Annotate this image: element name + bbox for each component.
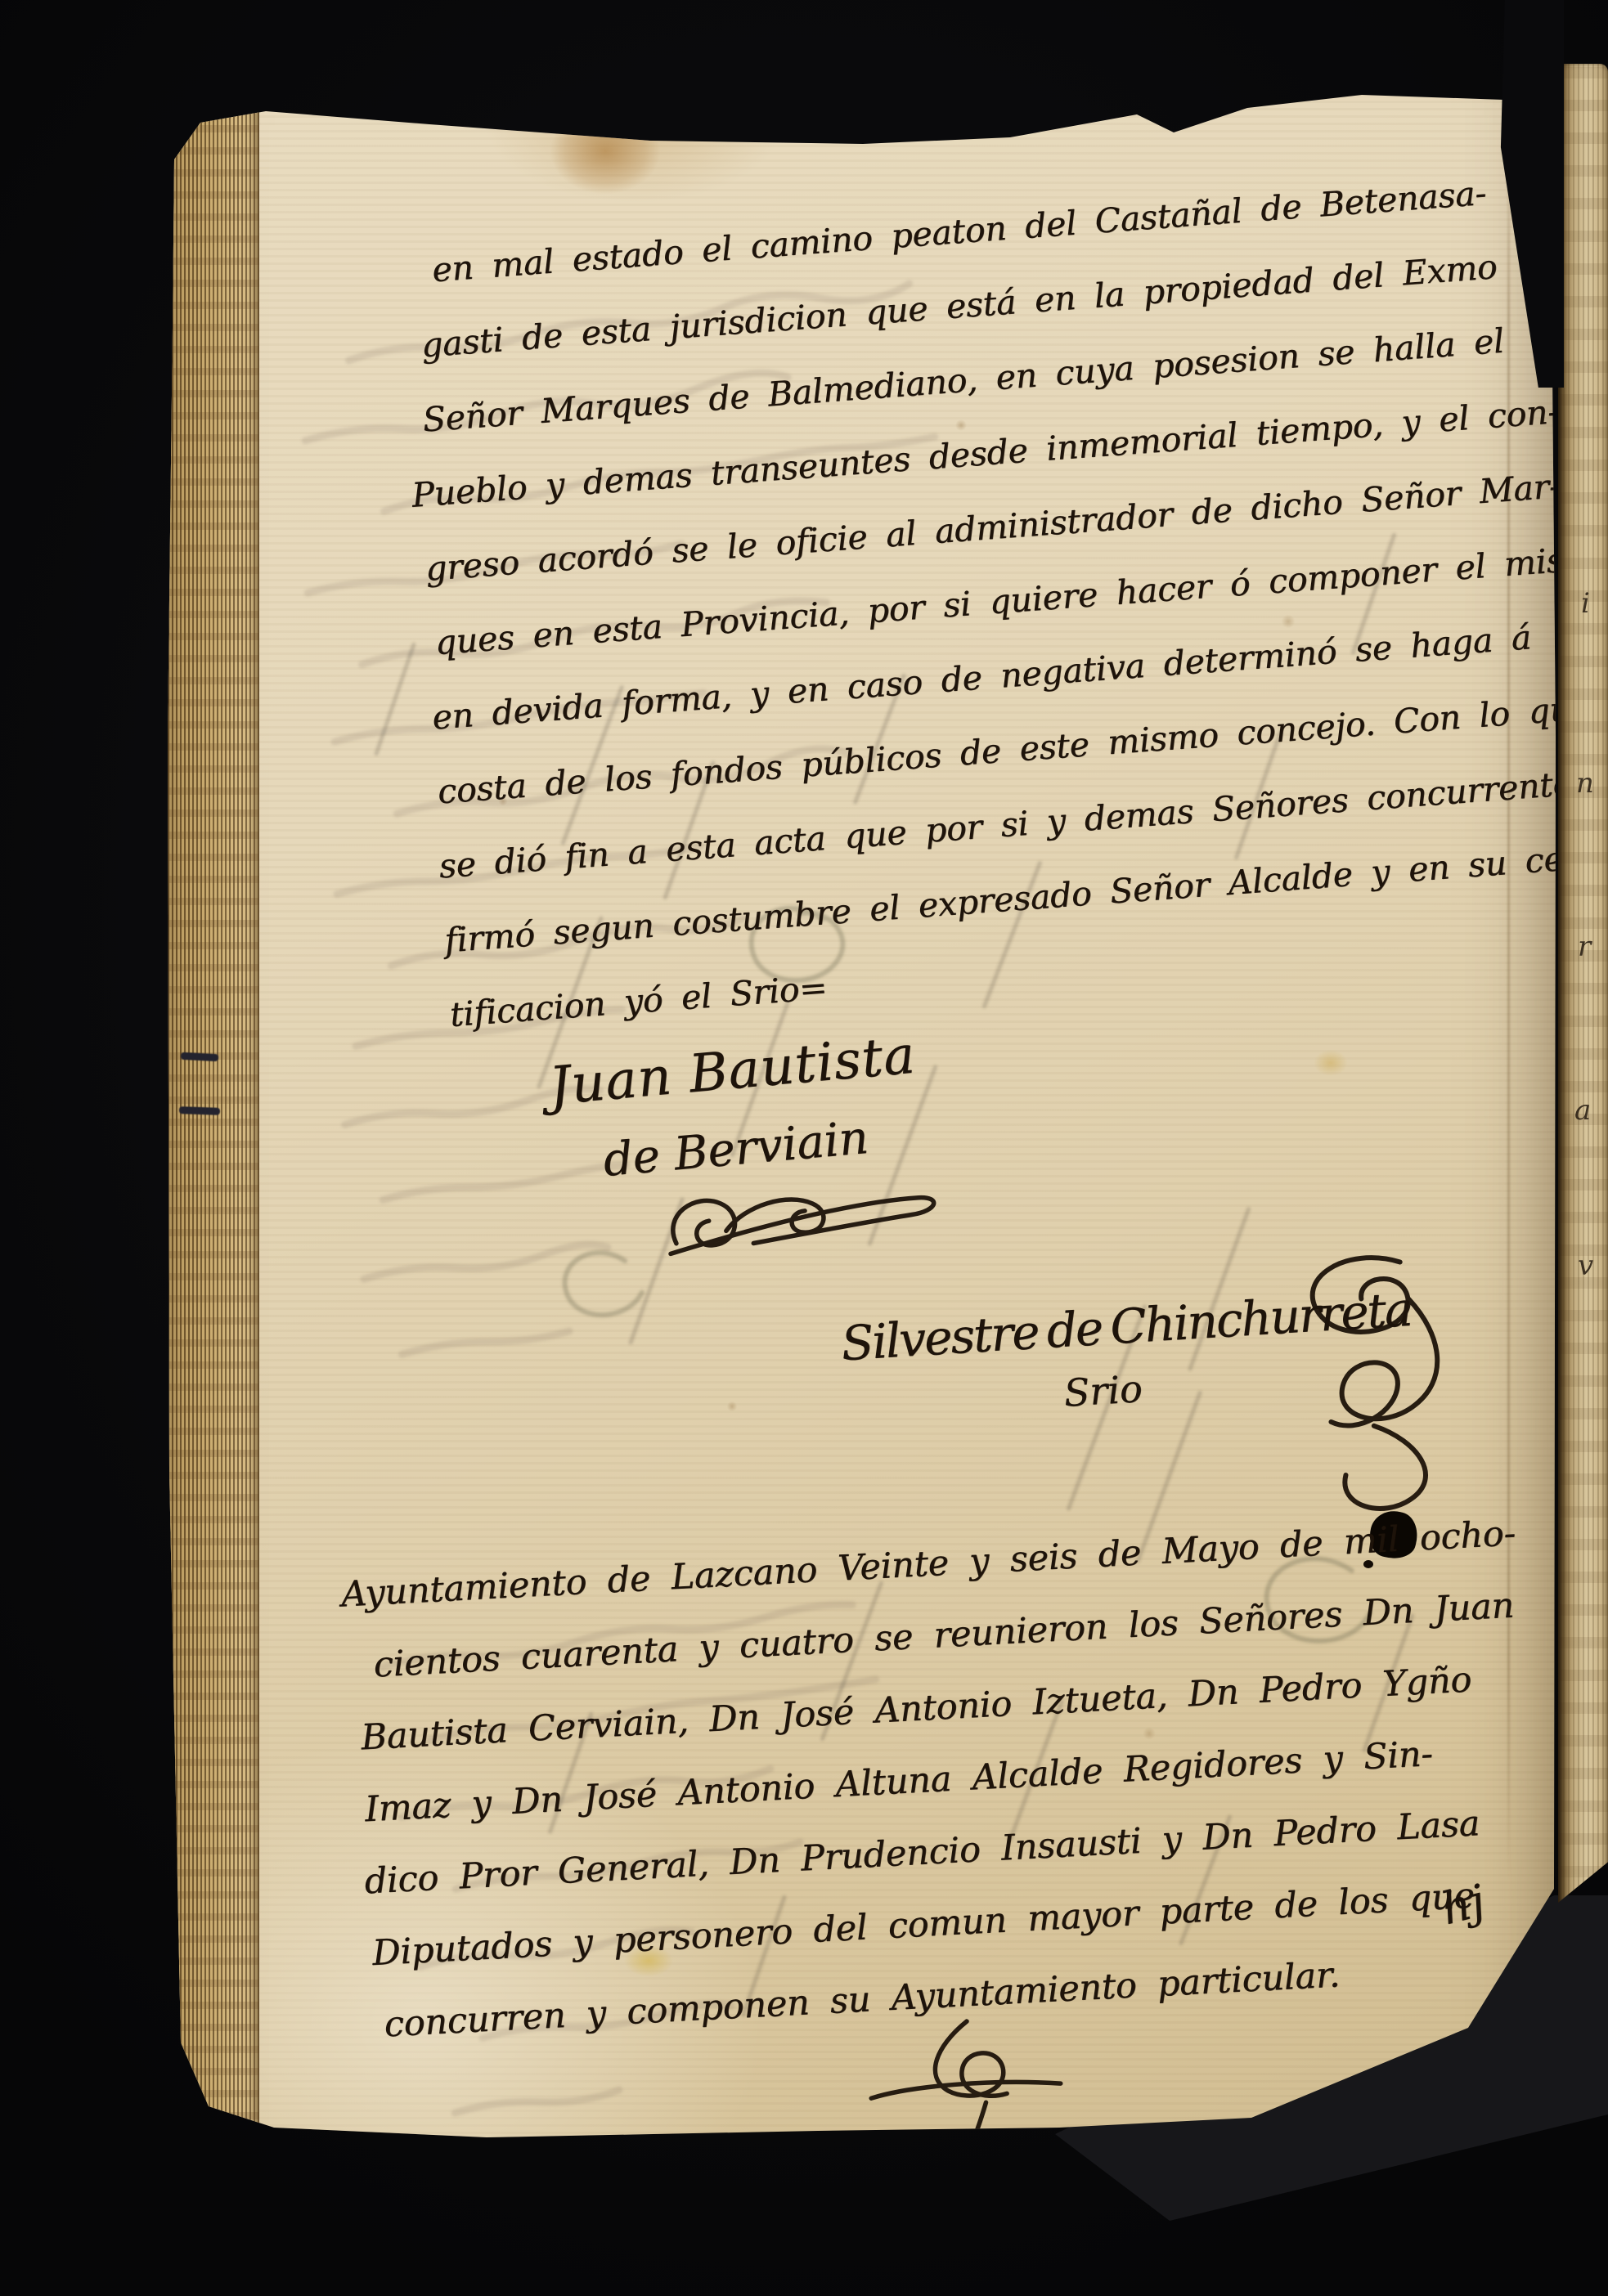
secretary-flourish-icon (1269, 1244, 1504, 1510)
facing-page-ink-fragment: n (1576, 767, 1594, 800)
paragraph-ayuntamiento-lazcano: Ayuntamiento de Lazcano Veinte y seis de… (339, 1496, 1558, 2062)
manuscript-page: en mal estado el camino peaton del Casta… (159, 0, 1608, 2296)
facing-page-ink-fragment: r (1578, 931, 1591, 963)
photo-background: en mal estado el camino peaton del Casta… (0, 0, 1608, 2296)
facing-page-ink-fragment: a (1574, 1094, 1591, 1127)
paragraph-acta-camino: en mal estado el camino peaton del Casta… (393, 155, 1554, 1052)
closing-rubric-icon (843, 2001, 1094, 2181)
facing-page-ink-fragment: i (1581, 587, 1590, 620)
signature-juan-bautista: Juan Bautista de Berviain (546, 1024, 943, 1289)
facing-page-ink-fragment: v (1578, 1249, 1593, 1282)
facing-page-sliver: i n r a v (1558, 64, 1608, 1910)
